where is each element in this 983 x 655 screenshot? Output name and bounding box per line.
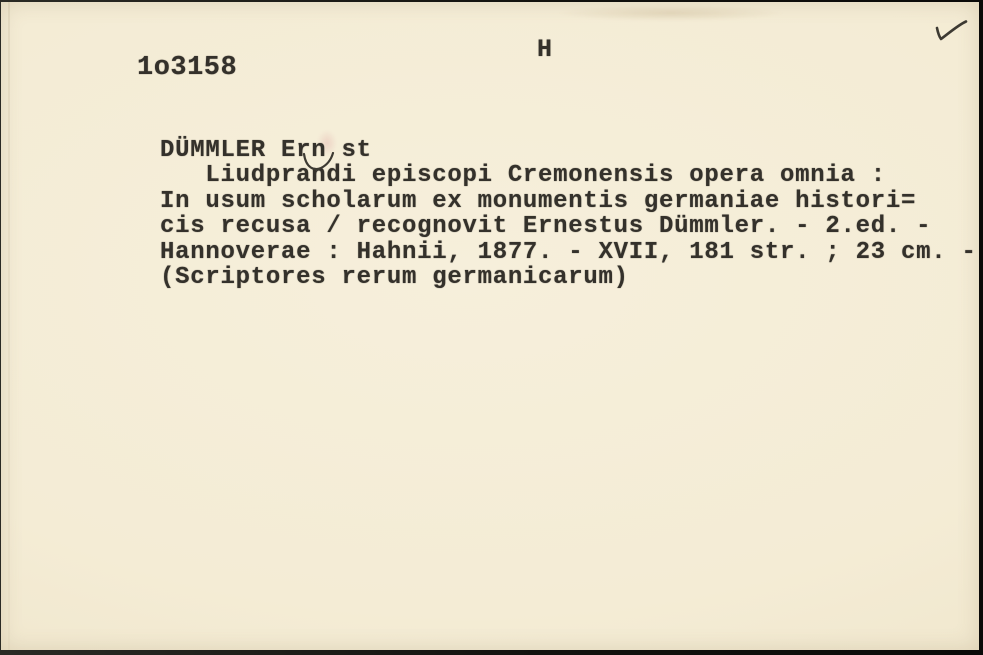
filing-letter: H: [537, 35, 552, 64]
card-id-number: 1o3158: [137, 53, 237, 83]
bibliographic-entry: DÜMMLER Ern st Liudprandi episcopi Cremo…: [160, 138, 977, 290]
entry-title-line: Liudprandi episcopi Cremonensis opera om…: [160, 163, 977, 188]
entry-text-line: cis recusa / recognovit Ernestus Dümmler…: [160, 214, 977, 239]
checkmark-icon: [929, 15, 973, 47]
entry-author-line: DÜMMLER Ern st: [160, 138, 977, 163]
scanned-image: 1o3158 H DÜMMLER Ern st Liudprandi episc…: [0, 0, 983, 655]
catalog-card: 1o3158 H DÜMMLER Ern st Liudprandi episc…: [1, 2, 979, 650]
tie-mark-icon: [300, 152, 338, 174]
entry-imprint-line: Hannoverae : Hahnii, 1877. - XVII, 181 s…: [160, 240, 977, 265]
scan-stain: [556, 5, 786, 21]
entry-text-line: In usum scholarum ex monumentis germania…: [160, 189, 977, 214]
card-crease: [8, 2, 10, 650]
entry-series-line: (Scriptores rerum germanicarum): [160, 265, 977, 290]
